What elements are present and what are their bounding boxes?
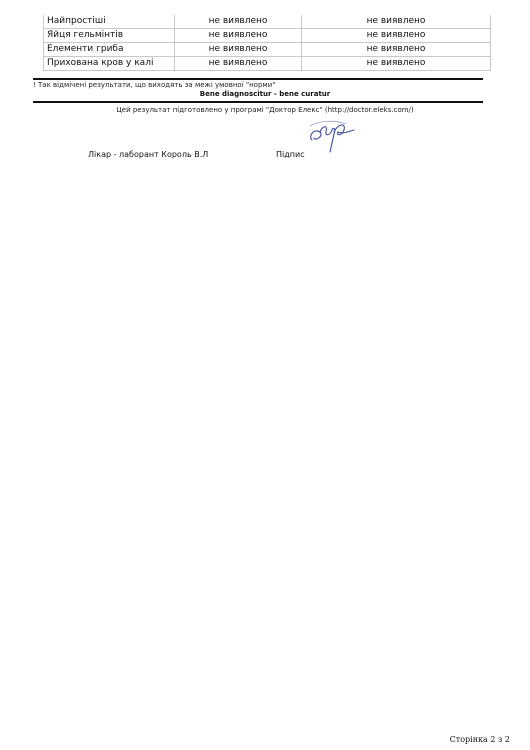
motto: Bene diagnoscitur - bene curatur — [0, 90, 530, 98]
test-reference: не виявлено — [302, 57, 491, 71]
test-name: Найпростіші — [44, 15, 175, 29]
test-reference: не виявлено — [302, 43, 491, 57]
footnote: ! Так відмічені результати, що виходять … — [33, 81, 275, 89]
program-note: Цей результат підготовлено у програмі "Д… — [0, 106, 530, 114]
test-name: Прихована кров у калі — [44, 57, 175, 71]
doctor-name: Лікар - лаборант Король В.Л — [88, 150, 208, 159]
test-value: не виявлено — [175, 15, 302, 29]
divider-bottom — [33, 101, 483, 103]
results-table: Найпростіші не виявлено не виявлено Яйця… — [43, 15, 491, 71]
test-reference: не виявлено — [302, 15, 491, 29]
test-name: Елементи гриба — [44, 43, 175, 57]
table-row: Елементи гриба не виявлено не виявлено — [44, 43, 491, 57]
test-value: не виявлено — [175, 29, 302, 43]
test-value: не виявлено — [175, 43, 302, 57]
signature-icon — [306, 118, 356, 158]
table-row: Найпростіші не виявлено не виявлено — [44, 15, 491, 29]
test-name: Яйця гельмінтів — [44, 29, 175, 43]
test-value: не виявлено — [175, 57, 302, 71]
table-row: Яйця гельмінтів не виявлено не виявлено — [44, 29, 491, 43]
signature-label: Підпис — [276, 150, 305, 159]
table-row: Прихована кров у калі не виявлено не вия… — [44, 57, 491, 71]
page-number: Сторінка 2 з 2 — [450, 735, 510, 744]
test-reference: не виявлено — [302, 29, 491, 43]
divider-top — [33, 78, 483, 80]
